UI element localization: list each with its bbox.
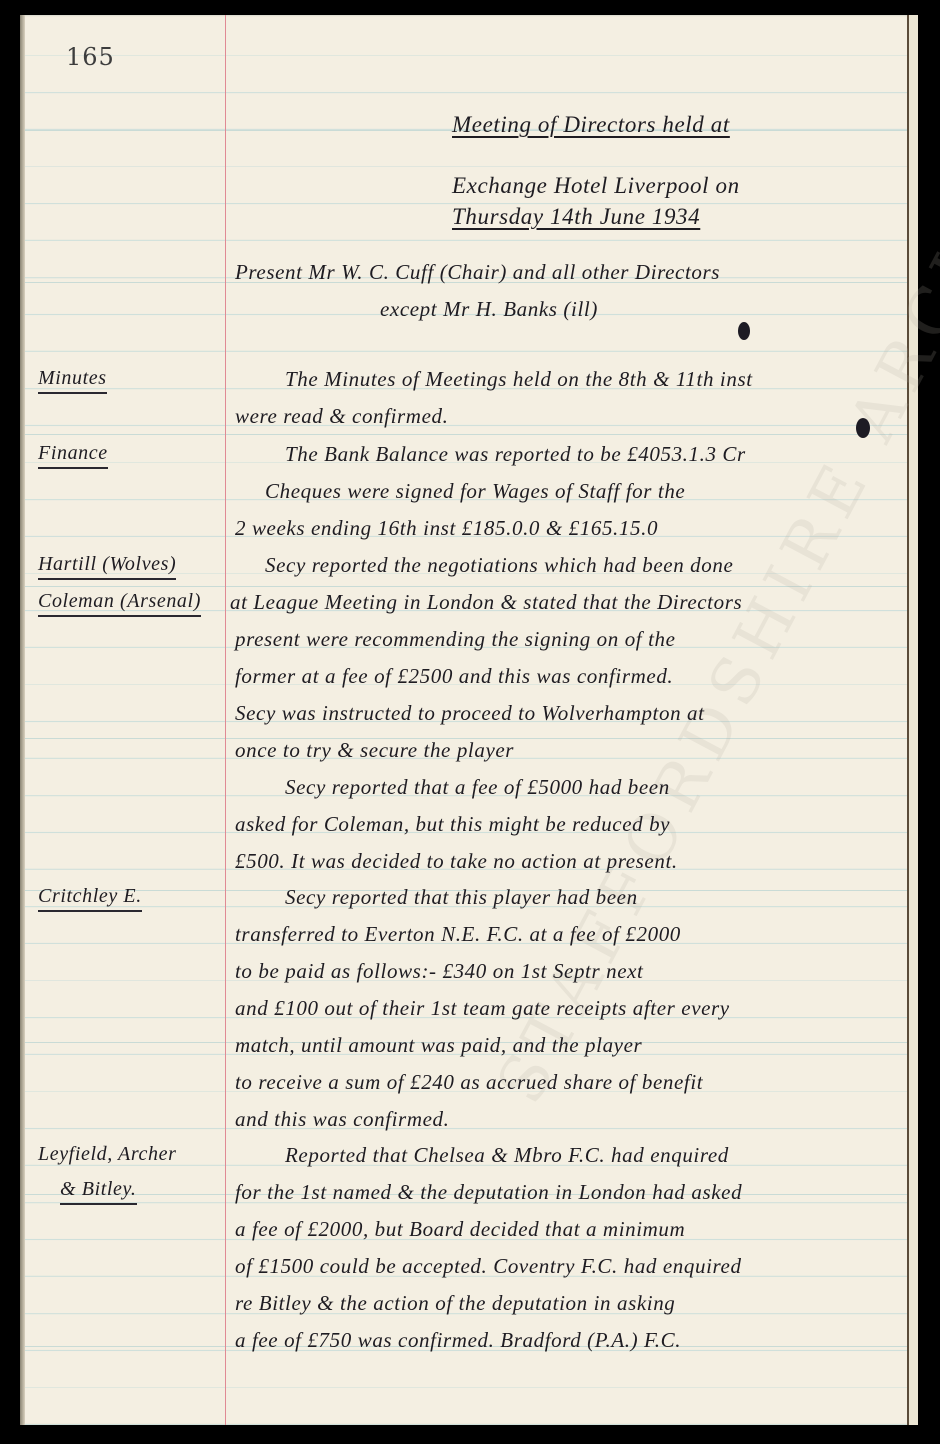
margin-heading-bitley: & Bitley. — [60, 1178, 137, 1205]
margin-heading-minutes: Minutes — [38, 367, 107, 394]
margin-heading-hartill: Hartill (Wolves) — [38, 553, 176, 580]
body-line: former at a fee of £2500 and this was co… — [235, 664, 673, 689]
margin-heading-finance: Finance — [38, 442, 108, 469]
body-line: 2 weeks ending 16th inst £185.0.0 & £165… — [235, 516, 658, 541]
heading-line-2: Exchange Hotel Liverpool on — [452, 173, 740, 199]
body-line: at League Meeting in London & stated tha… — [230, 590, 742, 615]
body-line: were read & confirmed. — [235, 404, 448, 429]
margin-heading-coleman: Coleman (Arsenal) — [38, 590, 201, 617]
body-line: Secy reported that a fee of £5000 had be… — [285, 775, 670, 800]
body-line: for the 1st named & the deputation in Lo… — [235, 1180, 742, 1205]
red-margin-line — [225, 15, 226, 1425]
body-line: a fee of £750 was confirmed. Bradford (P… — [235, 1328, 681, 1353]
ledger-page: STAFFORDSHIRE ARCHIVES 165 Meeting of Di… — [20, 15, 918, 1425]
ink-blot — [856, 418, 870, 438]
body-line: asked for Coleman, but this might be red… — [235, 812, 670, 837]
page-left-edge — [20, 15, 25, 1425]
body-line: The Minutes of Meetings held on the 8th … — [285, 367, 753, 392]
body-line: Secy reported that this player had been — [285, 885, 638, 910]
body-line: transferred to Everton N.E. F.C. at a fe… — [235, 922, 681, 947]
body-line: The Bank Balance was reported to be £405… — [285, 442, 746, 467]
margin-heading-critchley: Critchley E. — [38, 885, 142, 912]
ink-blot — [738, 322, 750, 340]
body-line: to be paid as follows:- £340 on 1st Sept… — [235, 959, 644, 984]
heading-line-3: Thursday 14th June 1934 — [452, 204, 700, 230]
body-line: and £100 out of their 1st team gate rece… — [235, 996, 730, 1021]
body-line: Cheques were signed for Wages of Staff f… — [265, 479, 685, 504]
next-page-strip — [909, 15, 918, 1425]
present-line-2: except Mr H. Banks (ill) — [380, 297, 598, 322]
heading-line-1: Meeting of Directors held at — [452, 112, 730, 138]
body-line: to receive a sum of £240 as accrued shar… — [235, 1070, 703, 1095]
page-number: 165 — [66, 43, 115, 71]
present-line-1: Present Mr W. C. Cuff (Chair) and all ot… — [235, 260, 720, 285]
body-line: a fee of £2000, but Board decided that a… — [235, 1217, 685, 1242]
body-line: and this was confirmed. — [235, 1107, 449, 1132]
body-line: Secy reported the negotiations which had… — [265, 553, 733, 578]
body-line: present were recommending the signing on… — [235, 627, 676, 652]
body-line: Secy was instructed to proceed to Wolver… — [235, 701, 705, 726]
body-line: of £1500 could be accepted. Coventry F.C… — [235, 1254, 742, 1279]
margin-heading-leyfield: Leyfield, Archer — [38, 1143, 176, 1166]
body-line: once to try & secure the player — [235, 738, 514, 763]
body-line: Reported that Chelsea & Mbro F.C. had en… — [285, 1143, 729, 1168]
body-line: re Bitley & the action of the deputation… — [235, 1291, 675, 1316]
body-line: £500. It was decided to take no action a… — [235, 849, 678, 874]
body-line: match, until amount was paid, and the pl… — [235, 1033, 642, 1058]
